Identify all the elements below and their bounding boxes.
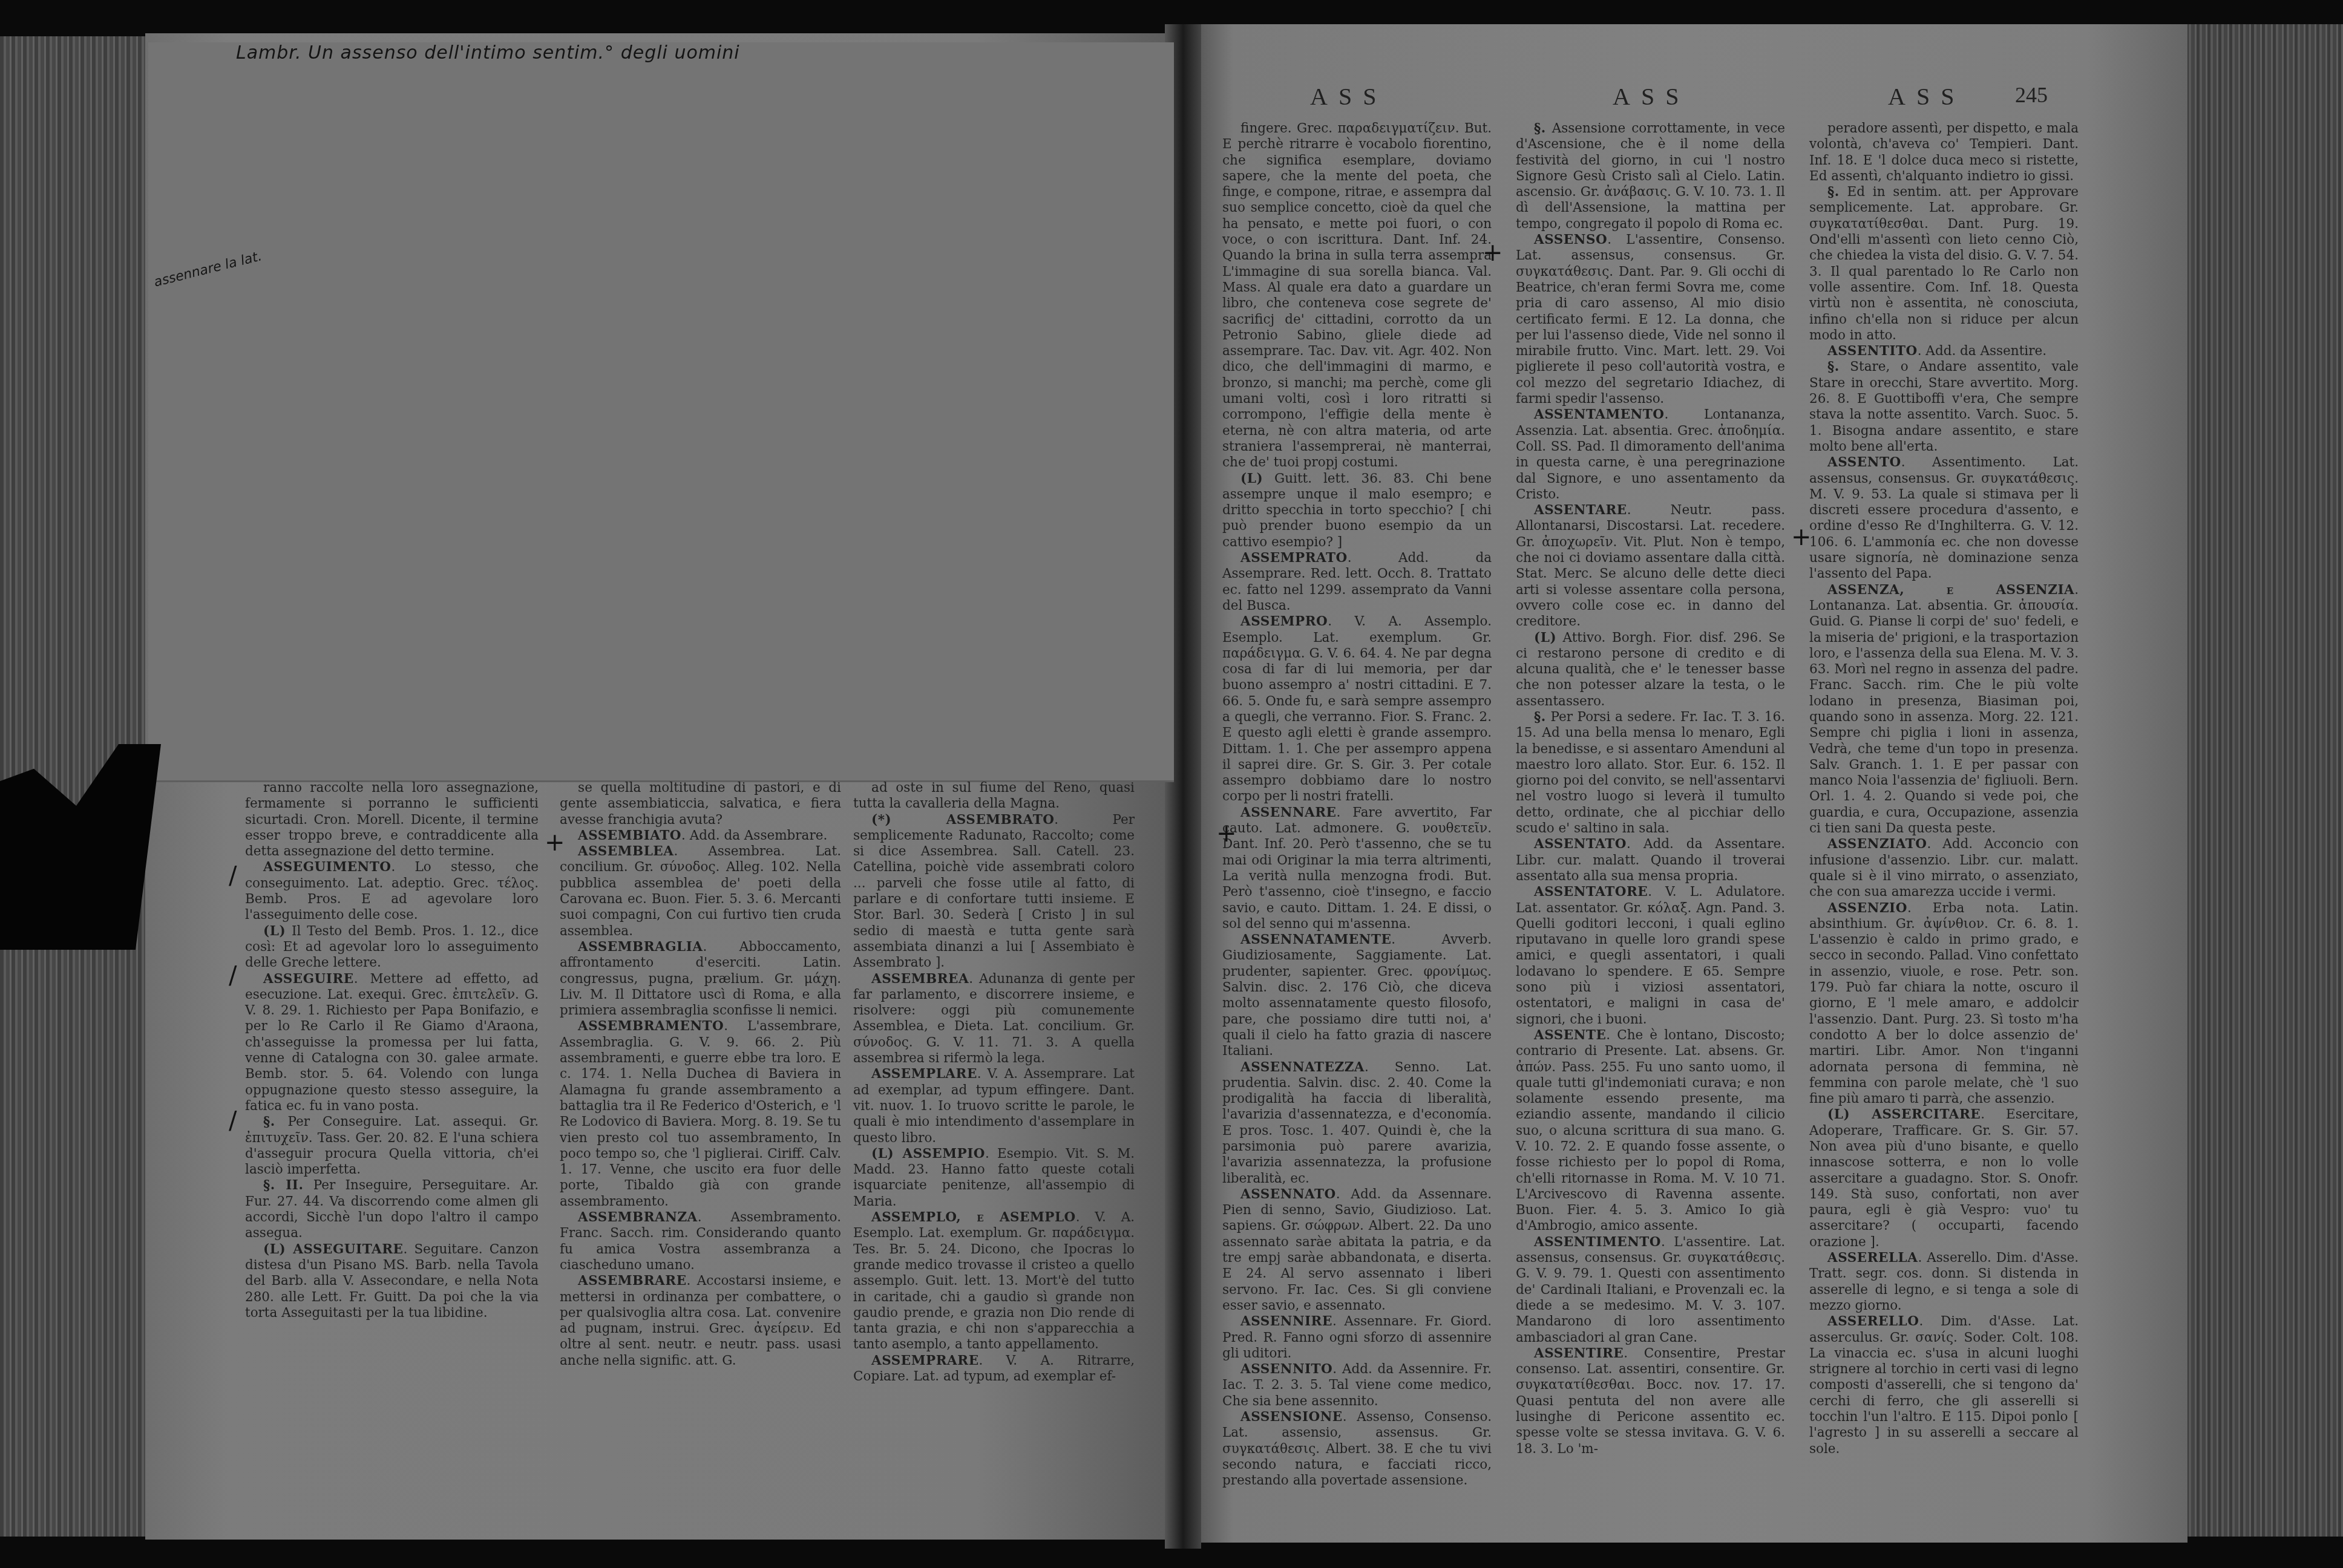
- running-head-2: ASS: [1613, 82, 1689, 111]
- dictionary-entry: ASSEGUIRE. Mettere ad effetto, ad esecuz…: [245, 972, 539, 1115]
- right-column-3: peradore assentì, per dispetto, e mala v…: [1809, 121, 2079, 1457]
- dictionary-entry: (*) ASSEMBRATO. Per semplicemente Raduna…: [853, 812, 1135, 972]
- running-head-1: ASS: [1310, 82, 1387, 111]
- entry-text: Attivo. Borgh. Fior. disf. 296. Se ci re…: [1516, 630, 1785, 709]
- entry-text: . L'assembrare, Assembraglia. G. V. 9. 6…: [560, 1019, 841, 1209]
- entry-text: . Esercitare, Adoperare, Trafficare. Gr.…: [1809, 1107, 2079, 1249]
- dictionary-entry: ASSEMPRO. V. A. Assemplo. Esemplo. Lat. …: [1222, 614, 1492, 805]
- entry-headword: ASSEGUIRE: [263, 972, 354, 987]
- entry-text: . Per semplicemente Radunato, Raccolto; …: [853, 812, 1135, 971]
- dictionary-entry: §. Per Conseguire. Lat. assequi. Gr. ἐπι…: [245, 1114, 539, 1178]
- dictionary-entry: ASSENTAMENTO. Lontananza, Assenzia. Lat.…: [1516, 407, 1785, 503]
- entry-headword: (L): [1240, 471, 1263, 486]
- pencil-cross-mark: +: [1791, 523, 1812, 551]
- entry-text: . Assentimento. Lat. assensus, consensus…: [1809, 455, 2079, 581]
- right-column-2: §. Assensione corrottamente, in vece d'A…: [1516, 121, 1785, 1457]
- dictionary-entry: §. Stare, o Andare assentito, vale Stare…: [1809, 359, 2079, 455]
- entry-headword: ASSENNATEZZA: [1240, 1060, 1365, 1075]
- dictionary-entry: ASSEMBLEA. Assembrea. Lat. concilium. Gr…: [560, 844, 841, 939]
- entry-text: . Erba nota. Latin. absinthium. Gr. ἀψίν…: [1809, 901, 2079, 1107]
- dictionary-entry: ASSEMBRARE. Accostarsi insieme, e metter…: [560, 1273, 841, 1369]
- pencil-cross-mark: +: [1216, 820, 1237, 848]
- entry-text: . Add. da Assennare. Pien di senno, Savi…: [1222, 1187, 1492, 1313]
- dictionary-entry: (L) Guitt. lett. 36. 83. Chi bene assemp…: [1222, 471, 1492, 550]
- entry-headword: (L): [263, 924, 286, 939]
- dictionary-entry: ASSENNITO. Add. da Assennire. Fr. Iac. T…: [1222, 1362, 1492, 1410]
- pencil-tick-mark: /: [229, 862, 237, 890]
- entry-headword: ASSENTIRE: [1534, 1346, 1624, 1361]
- entry-headword: ASSENTATO: [1534, 837, 1627, 852]
- running-head-3: ASS: [1888, 82, 1965, 111]
- entry-headword: ASSEMBRAGLIA: [578, 939, 703, 955]
- entry-headword: ASSEMBLEA: [578, 844, 673, 859]
- entry-text: . L'assentire. Lat. assensus, consensus.…: [1516, 1235, 1785, 1345]
- entry-text: . Mettere ad effetto, ad esecuzione. Lat…: [245, 972, 539, 1114]
- dictionary-entry: ASSENTE. Che è lontano, Discosto; contra…: [1516, 1028, 1785, 1235]
- entry-headword: §. II.: [263, 1178, 303, 1193]
- dictionary-entry: fingere. Grec. παραδειγματίζειν. But. E …: [1222, 121, 1492, 471]
- entry-headword: ASSENNARE: [1240, 805, 1336, 820]
- entry-text: Assensione corrottamente, in vece d'Asce…: [1516, 121, 1785, 232]
- entry-headword: §.: [1827, 359, 1840, 374]
- right-column-1: fingere. Grec. παραδειγματίζειν. But. E …: [1222, 121, 1492, 1489]
- entry-headword: (L): [1534, 630, 1556, 645]
- dictionary-entry: ASSEMPLO, e ASEMPLO. V. A. Esemplo. Lat.…: [853, 1210, 1135, 1353]
- dictionary-entry: ASSEMBIATO. Add. da Assembrare.: [560, 828, 841, 844]
- entry-headword: ASSEMPLARE: [871, 1067, 977, 1082]
- entry-headword: ASSENSIONE: [1240, 1410, 1343, 1425]
- dictionary-entry: ASSENNARE. Fare avvertito, Far cauto. La…: [1222, 805, 1492, 932]
- left-column-2: se quella moltitudine di pastori, e di g…: [560, 780, 841, 1369]
- entry-headword: ASSENTATORE: [1534, 884, 1648, 900]
- pencil-tick-mark: /: [229, 1107, 237, 1135]
- dictionary-entry: se quella moltitudine di pastori, e di g…: [560, 780, 841, 828]
- entry-text: . V. A. Esemplo. Lat. exemplum. Gr. παρά…: [853, 1210, 1135, 1352]
- entry-text: . V. L. Adulatore. Lat. assentator. Gr. …: [1516, 884, 1785, 1027]
- entry-text: . Add. da Assentire.: [1918, 344, 2046, 359]
- pencil-tick-mark: /: [229, 962, 237, 990]
- entry-headword: §.: [1534, 710, 1546, 725]
- entry-headword: ASSENZA, e ASSENZIA: [1827, 583, 2074, 598]
- dictionary-entry: ASSENTITO. Add. da Assentire.: [1809, 344, 2079, 359]
- entry-headword: ASSENTAMENTO: [1534, 407, 1664, 422]
- entry-text: ad oste in sul fiume del Reno, quasi tut…: [853, 780, 1135, 811]
- left-column-1: ranno raccolte nella loro assegnazione, …: [245, 780, 539, 1321]
- entry-headword: §.: [263, 1114, 275, 1129]
- dictionary-entry: ASSENNATAMENTE. Avverb. Giudiziosamente,…: [1222, 932, 1492, 1059]
- dictionary-entry: §. Ed in sentim. att. per Approvare semp…: [1809, 185, 2079, 344]
- book-photo: Lambr. Un assenso dell'intimo sentim.° d…: [0, 0, 2343, 1568]
- entry-headword: ASSENNATAMENTE: [1240, 932, 1391, 947]
- entry-text: se quella moltitudine di pastori, e di g…: [560, 780, 841, 828]
- dictionary-entry: ASSENZIATO. Add. Acconcio con infusione …: [1809, 837, 2079, 900]
- entry-headword: ASSEMBREA: [871, 972, 969, 987]
- entry-text: Guitt. lett. 36. 83. Chi bene assempre u…: [1222, 471, 1492, 550]
- entry-headword: ASSERELLA: [1827, 1250, 1918, 1266]
- entry-headword: ASSEMBRARE: [578, 1273, 686, 1289]
- entry-headword: ASSEMPRATO: [1240, 550, 1348, 566]
- entry-text: Il Testo del Bemb. Pros. 1. 12., dice co…: [245, 924, 539, 971]
- dictionary-entry: ASSENTIMENTO. L'assentire. Lat. assensus…: [1516, 1235, 1785, 1346]
- entry-text: Stare, o Andare assentito, vale Stare in…: [1809, 359, 2079, 454]
- dictionary-entry: ASSEMBRANZA. Assembramento. Franc. Sacch…: [560, 1210, 841, 1273]
- entry-headword: §.: [1827, 185, 1840, 200]
- pencil-cross-mark: +: [545, 829, 565, 857]
- entry-text: . Fare avvertito, Far cauto. Lat. admone…: [1222, 805, 1492, 932]
- pencil-cross-mark: +: [1483, 239, 1503, 267]
- dictionary-entry: ASSENNIRE. Assennare. Fr. Giord. Pred. R…: [1222, 1314, 1492, 1362]
- dictionary-entry: ASSEMBREA. Adunanza di gente per far par…: [853, 972, 1135, 1067]
- dictionary-entry: (L) ASSEMPIO. Esempio. Vit. S. M. Madd. …: [853, 1146, 1135, 1210]
- dictionary-entry: ASSENNATEZZA. Senno. Lat. prudentia. Sal…: [1222, 1060, 1492, 1187]
- entry-headword: (L) ASSERCITARE: [1827, 1107, 1981, 1122]
- dictionary-entry: ASSENTARE. Neutr. pass. Allontanarsi, Di…: [1516, 503, 1785, 630]
- entry-headword: (L) ASSEMPIO: [871, 1146, 985, 1161]
- dictionary-entry: §. Per Porsi a sedere. Fr. Iac. T. 3. 16…: [1516, 710, 1785, 837]
- dictionary-entry: ASSENSO. L'assentire, Consenso. Lat. ass…: [1516, 232, 1785, 407]
- dictionary-entry: ASSENTATO. Add. da Assentare. Libr. cur.…: [1516, 837, 1785, 884]
- dictionary-entry: (L) ASSEGUITARE. Seguitare. Canzon diste…: [245, 1242, 539, 1321]
- dictionary-entry: ASSENZA, e ASSENZIA. Lontananza. Lat. ab…: [1809, 583, 2079, 837]
- dictionary-entry: (L) ASSERCITARE. Esercitare, Adoperare, …: [1809, 1107, 2079, 1250]
- right-page-block-edge: [2186, 24, 2343, 1537]
- overlay-sheet: [148, 42, 1174, 782]
- dictionary-entry: ASSEMPRARE. V. A. Ritrarre, Copiare. Lat…: [853, 1353, 1135, 1385]
- entry-headword: ASSENNIRE: [1240, 1314, 1332, 1329]
- entry-text: peradore assentì, per dispetto, e mala v…: [1809, 121, 2079, 184]
- entry-text: . V. A. Assemplo. Esemplo. Lat. exemplum…: [1222, 614, 1492, 804]
- dictionary-entry: ASSERELLA. Asserello. Dim. d'Asse. Tratt…: [1809, 1250, 2079, 1314]
- entry-headword: (*) ASSEMBRATO: [871, 812, 1054, 828]
- dictionary-entry: ASSENSIONE. Assenso, Consenso. Lat. asse…: [1222, 1410, 1492, 1489]
- entry-headword: ASSEMPRARE: [871, 1353, 978, 1368]
- dictionary-entry: ASSENZIO. Erba nota. Latin. absinthium. …: [1809, 901, 2079, 1108]
- entry-text: ranno raccolte nella loro assegnazione, …: [245, 780, 539, 859]
- entry-headword: ASSENTARE: [1534, 503, 1627, 518]
- entry-headword: ASSENNATO: [1240, 1187, 1336, 1202]
- entry-text: . Che è lontano, Discosto; contrario di …: [1516, 1028, 1785, 1234]
- entry-headword: ASSERELLO: [1827, 1314, 1919, 1329]
- entry-text: Ed in sentim. att. per Approvare semplic…: [1809, 185, 2079, 343]
- dictionary-entry: ASSENTO. Assentimento. Lat. assensus, co…: [1809, 455, 2079, 582]
- dictionary-entry: §. II. Per Inseguire, Perseguitare. Ar. …: [245, 1178, 539, 1241]
- left-column-3: ad oste in sul fiume del Reno, quasi tut…: [853, 780, 1135, 1385]
- entry-headword: ASSENTIMENTO: [1534, 1235, 1661, 1250]
- entry-headword: ASSENTITO: [1827, 344, 1918, 359]
- entry-headword: ASSEMBRAMENTO: [578, 1019, 724, 1034]
- dictionary-entry: ad oste in sul fiume del Reno, quasi tut…: [853, 780, 1135, 812]
- dictionary-entry: ASSENNATO. Add. da Assennare. Pien di se…: [1222, 1187, 1492, 1314]
- page-number: 245: [2015, 82, 2048, 108]
- entry-headword: ASSEMPLO, e ASEMPLO: [871, 1210, 1076, 1225]
- dictionary-entry: ASSEMPRATO. Add. da Assemprare. Red. let…: [1222, 550, 1492, 614]
- entry-text: . Dim. d'Asse. Lat. asserculus. Gr. σανί…: [1809, 1314, 2079, 1456]
- dictionary-entry: (L) Attivo. Borgh. Fior. disf. 296. Se c…: [1516, 630, 1785, 710]
- entry-headword: (L) ASSEGUITARE: [263, 1242, 403, 1257]
- dictionary-entry: ASSENTATORE. V. L. Adulatore. Lat. assen…: [1516, 884, 1785, 1028]
- dictionary-entry: ASSENTIRE. Consentire, Prestar consenso.…: [1516, 1346, 1785, 1457]
- dictionary-entry: §. Assensione corrottamente, in vece d'A…: [1516, 121, 1785, 232]
- entry-headword: ASSENZIATO: [1827, 837, 1927, 852]
- entry-headword: ASSENTE: [1534, 1028, 1606, 1043]
- entry-headword: ASSEMBIATO: [578, 828, 681, 843]
- dictionary-entry: (L) Il Testo del Bemb. Pros. 1. 12., dic…: [245, 924, 539, 972]
- entry-headword: ASSEMBRANZA: [578, 1210, 698, 1225]
- entry-text: . Avverb. Giudiziosamente, Saggiamente. …: [1222, 932, 1492, 1059]
- entry-text: . Neutr. pass. Allontanarsi, Discostarsi…: [1516, 503, 1785, 629]
- entry-headword: ASSENTO: [1827, 455, 1901, 470]
- entry-text: . Lontananza. Lat. absentia. Gr. ἀπουσία…: [1809, 583, 2079, 836]
- handwritten-note-top: Lambr. Un assenso dell'intimo sentim.° d…: [236, 42, 740, 64]
- entry-headword: §.: [1534, 121, 1546, 136]
- entry-headword: ASSENZIO: [1827, 901, 1907, 916]
- entry-headword: ASSENNITO: [1240, 1362, 1332, 1377]
- entry-text: . Add. da Assembrare.: [681, 828, 827, 843]
- entry-text: . L'assentire, Consenso. Lat. assensus, …: [1516, 232, 1785, 407]
- dictionary-entry: ASSEGUIMENTO. Lo stesso, che conseguimen…: [245, 860, 539, 923]
- dictionary-entry: ASSEMPLARE. V. A. Assemprare. Lat ad exe…: [853, 1067, 1135, 1146]
- entry-headword: ASSEGUIMENTO: [263, 860, 391, 875]
- dictionary-entry: peradore assentì, per dispetto, e mala v…: [1809, 121, 2079, 185]
- dictionary-entry: ASSEMBRAGLIA. Abboccamento, affrontament…: [560, 939, 841, 1019]
- entry-headword: ASSENSO: [1534, 232, 1607, 247]
- entry-text: . Consentire, Prestar consenso. Lat. ass…: [1516, 1346, 1785, 1457]
- entry-text: fingere. Grec. παραδειγματίζειν. But. E …: [1222, 121, 1492, 470]
- entry-headword: ASSEMPRO: [1240, 614, 1328, 629]
- dictionary-entry: ASSEMBRAMENTO. L'assembrare, Assembragli…: [560, 1019, 841, 1210]
- dictionary-entry: ASSERELLO. Dim. d'Asse. Lat. asserculus.…: [1809, 1314, 2079, 1457]
- dictionary-entry: ranno raccolte nella loro assegnazione, …: [245, 780, 539, 860]
- entry-text: Per Porsi a sedere. Fr. Iac. T. 3. 16. 1…: [1516, 710, 1785, 836]
- entry-text: . Senno. Lat. prudentia. Salvin. disc. 2…: [1222, 1060, 1492, 1186]
- entry-text: Per Conseguire. Lat. assequi. Gr. ἐπιτυχ…: [245, 1114, 539, 1177]
